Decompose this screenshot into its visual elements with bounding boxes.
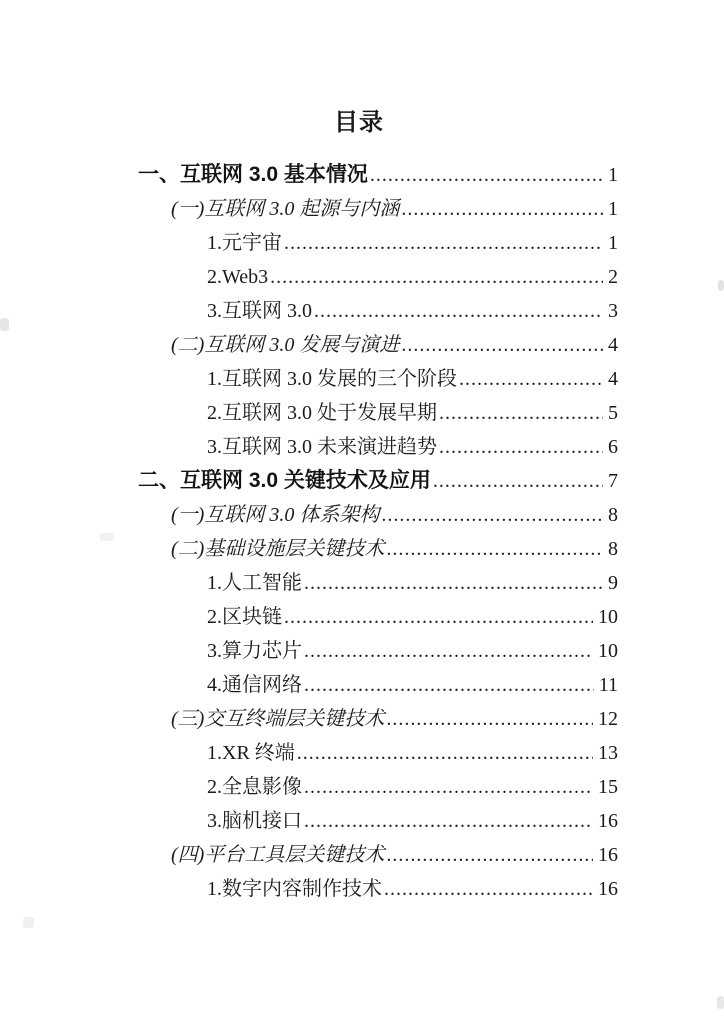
toc-entry-label: (二)互联网 3.0 发展与演进 [171, 328, 399, 362]
toc-entry: (二)基础设施层关键技术............................… [138, 532, 618, 566]
toc-entry-label: 1.元宇宙 [207, 226, 282, 260]
dot-leader: ........................................… [370, 158, 603, 192]
toc-entry: (一)互联网 3.0 起源与内涵........................… [138, 192, 618, 226]
table-of-contents: 一、互联网 3.0 基本情况..........................… [138, 158, 618, 906]
page-title: 目录 [0, 102, 718, 137]
toc-entry-page: 8 [608, 532, 618, 566]
dot-leader: ........................................… [439, 396, 603, 430]
dot-leader: ........................................… [270, 260, 603, 294]
scan-artifact [100, 533, 114, 541]
toc-entry-page: 1 [608, 226, 618, 260]
toc-entry-label: 2.区块链 [207, 600, 282, 634]
toc-entry-label: 3.互联网 3.0 未来演进趋势 [207, 430, 437, 464]
toc-entry-label: 3.算力芯片 [207, 634, 302, 668]
toc-entry-label: 1.互联网 3.0 发展的三个阶段 [207, 362, 457, 396]
toc-entry-page: 16 [598, 804, 618, 838]
toc-entry-label: 3.脑机接口 [207, 804, 302, 838]
toc-entry-label: 一、互联网 3.0 基本情况 [138, 158, 368, 192]
toc-entry-page: 6 [608, 430, 618, 464]
scan-artifact [0, 318, 9, 331]
toc-entry-page: 12 [598, 702, 618, 736]
dot-leader: ........................................… [459, 362, 603, 396]
dot-leader: ........................................… [304, 566, 603, 600]
toc-entry-label: 4.通信网络 [207, 668, 302, 702]
dot-leader: ........................................… [386, 838, 593, 872]
dot-leader: ........................................… [304, 634, 593, 668]
toc-entry-page: 4 [608, 328, 618, 362]
document-page: 目录 一、互联网 3.0 基本情况.......................… [0, 0, 724, 1024]
toc-entry: (一)互联网 3.0 体系架构.........................… [138, 498, 618, 532]
toc-entry: 2.互联网 3.0 处于发展早期........................… [138, 396, 618, 430]
toc-entry-page: 2 [608, 260, 618, 294]
toc-entry-page: 10 [598, 600, 618, 634]
toc-entry-page: 8 [608, 498, 618, 532]
toc-entry-page: 15 [598, 770, 618, 804]
toc-entry-label: 2.全息影像 [207, 770, 302, 804]
dot-leader: ........................................… [386, 532, 603, 566]
dot-leader: ........................................… [401, 192, 603, 226]
dot-leader: ........................................… [304, 804, 593, 838]
toc-entry-page: 10 [598, 634, 618, 668]
toc-entry-label: 2.Web3 [207, 260, 268, 294]
toc-entry-page: 4 [608, 362, 618, 396]
toc-entry: 3.算力芯片..................................… [138, 634, 618, 668]
toc-entry: 一、互联网 3.0 基本情况..........................… [138, 158, 618, 192]
toc-entry-page: 7 [608, 464, 618, 498]
toc-entry-page: 13 [598, 736, 618, 770]
toc-entry: 2.全息影像..................................… [138, 770, 618, 804]
toc-entry-label: 1.XR 终端 [207, 736, 295, 770]
toc-entry: 1.元宇宙...................................… [138, 226, 618, 260]
toc-entry-label: (四)平台工具层关键技术 [171, 838, 384, 872]
toc-entry: 1.人工智能..................................… [138, 566, 618, 600]
toc-entry-page: 3 [608, 294, 618, 328]
toc-entry: 3.互联网 3.0...............................… [138, 294, 618, 328]
toc-entry-label: 1.人工智能 [207, 566, 302, 600]
dot-leader: ........................................… [284, 600, 593, 634]
toc-entry-page: 9 [608, 566, 618, 600]
toc-entry-label: 二、互联网 3.0 关键技术及应用 [138, 464, 431, 498]
toc-entry-label: (一)互联网 3.0 体系架构 [171, 498, 379, 532]
dot-leader: ........................................… [297, 736, 593, 770]
dot-leader: ........................................… [381, 498, 603, 532]
toc-entry: 3.脑机接口..................................… [138, 804, 618, 838]
dot-leader: ........................................… [386, 702, 593, 736]
toc-entry-label: (一)互联网 3.0 起源与内涵 [171, 192, 399, 226]
dot-leader: ........................................… [384, 872, 593, 906]
toc-entry: (二)互联网 3.0 发展与演进........................… [138, 328, 618, 362]
toc-entry: 2.区块链...................................… [138, 600, 618, 634]
toc-entry-page: 5 [608, 396, 618, 430]
toc-entry-label: 2.互联网 3.0 处于发展早期 [207, 396, 437, 430]
dot-leader: ........................................… [304, 770, 593, 804]
toc-entry: 2.Web3..................................… [138, 260, 618, 294]
toc-entry-label: (二)基础设施层关键技术 [171, 532, 384, 566]
toc-entry: 4.通信网络..................................… [138, 668, 618, 702]
toc-entry-page: 16 [598, 838, 618, 872]
toc-entry: 1.数字内容制作技术..............................… [138, 872, 618, 906]
dot-leader: ........................................… [439, 430, 603, 464]
dot-leader: ........................................… [284, 226, 603, 260]
toc-entry-label: 1.数字内容制作技术 [207, 872, 382, 906]
dot-leader: ........................................… [314, 294, 603, 328]
toc-entry: 1.XR 终端.................................… [138, 736, 618, 770]
toc-entry-page: 1 [608, 158, 618, 192]
dot-leader: ........................................… [401, 328, 603, 362]
toc-entry-page: 1 [608, 192, 618, 226]
dot-leader: ........................................… [304, 668, 594, 702]
scan-artifact [23, 917, 34, 928]
toc-entry: 1.互联网 3.0 发展的三个阶段.......................… [138, 362, 618, 396]
toc-entry-label: 3.互联网 3.0 [207, 294, 312, 328]
toc-entry-page: 16 [598, 872, 618, 906]
toc-entry-page: 11 [599, 668, 618, 702]
toc-entry: 3.互联网 3.0 未来演进趋势........................… [138, 430, 618, 464]
scan-artifact [718, 280, 724, 291]
toc-entry: 二、互联网 3.0 关键技术及应用.......................… [138, 464, 618, 498]
scan-artifact [717, 996, 724, 1009]
dot-leader: ........................................… [433, 464, 603, 498]
toc-entry: (四)平台工具层关键技术............................… [138, 838, 618, 872]
toc-entry-label: (三)交互终端层关键技术 [171, 702, 384, 736]
toc-entry: (三)交互终端层关键技术............................… [138, 702, 618, 736]
